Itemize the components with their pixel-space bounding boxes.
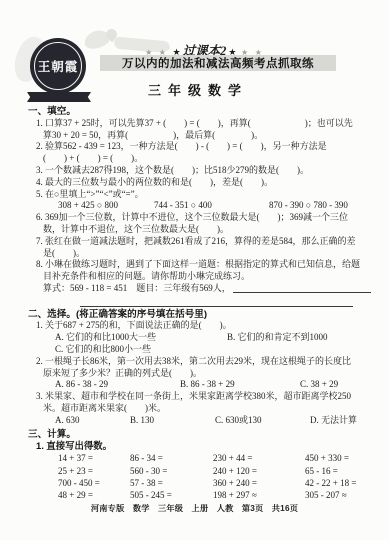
option-d: D. 无法计算	[310, 415, 357, 427]
answer-blank-line	[80, 295, 353, 307]
choice-q1: 1. 关于687 + 275的和，下面说法正确的是( )。	[28, 320, 373, 332]
choice-q2-line-1: 2. 一根绳子长86米，第一次用去38米，第二次用去29米，现在这根绳子的长度比	[28, 356, 373, 368]
option-a: A. 630	[55, 415, 130, 427]
fill-item-4: 4. 最大的三位数与最小的两位数的和是( )，差是( )。	[28, 177, 373, 189]
choice-q1-options-row-2: C. 它们的和比800小一些	[28, 344, 373, 356]
choice-q1-options-row-1: A. 它们的和比1000大一些 B. 它们的和肯定不到1000	[28, 332, 373, 344]
calc-problem: 48 + 29 =	[58, 489, 130, 501]
worksheet-subtitle-bar: 万以内的加法和减法高频考点抓取练	[100, 55, 336, 71]
section-calc-heading: 三、计算。	[28, 429, 373, 441]
calc-row: 25 + 23 = 560 - 30 = 240 + 120 = 65 - 16…	[28, 465, 373, 477]
comparison-expression: 308 + 425 ○ 800	[58, 200, 154, 212]
calc-row: 14 + 37 = 86 - 34 = 230 + 44 = 450 + 330…	[28, 452, 373, 464]
calc-problem: 700 - 450 =	[58, 477, 130, 489]
section-fill-heading: 一、填空。	[28, 106, 373, 118]
calc-problem: 198 + 297 ≈	[213, 489, 305, 501]
comparison-expression: 744 - 351 ○ 400	[154, 200, 269, 212]
section-choice-heading: 二、选择。(将正确答案的序号填在括号里)	[28, 309, 373, 321]
calc-problem: 42 - 22 + 18 =	[305, 477, 373, 489]
calc-sub-heading: 1. 直接写出得数。	[28, 440, 373, 452]
brand-seal-text: 王朝霞	[38, 57, 79, 75]
calc-problem: 305 - 207 ≈	[305, 489, 373, 501]
option-a: A. 86 - 38 - 29	[55, 379, 180, 391]
fill-item-1-line-2: 算30 + 20 = 50，再算( )，最后算( )。	[28, 130, 373, 142]
fill-item-5: 5. 在○里填上“>”“<”或“=”。	[28, 189, 373, 201]
fill-item-8-line-1: 8. 小琳在做练习题时，遇到了下面这样一道题：根据指定的算式和已知信息，给题	[28, 259, 373, 271]
choice-q2-options: A. 86 - 38 - 29 B. 86 - 38 + 29 C. 38 + …	[28, 379, 373, 391]
page-footer: 河南专版 数学 三年级 上册 人教 第3页 共16页	[0, 503, 389, 514]
fill-item-6-line-1: 6. 369加一个三位数，计算中不进位，这个三位数最大是( )；369减一个三位	[28, 212, 373, 224]
calc-row: 48 + 29 = 505 - 245 = 198 + 297 ≈ 305 - …	[28, 489, 373, 501]
option-c: C. 它们的和比800小一些	[55, 344, 151, 356]
calc-problem: 25 + 23 =	[58, 465, 130, 477]
calc-row: 700 - 450 = 57 - 38 = 360 + 240 = 42 - 2…	[28, 477, 373, 489]
fill-item-6-line-2: 数，计算中不退位，这个三位数最大是( )。	[28, 224, 373, 236]
calc-problem: 65 - 16 =	[305, 465, 373, 477]
calc-problem: 450 + 330 =	[305, 452, 373, 464]
fill-item-7-line-2: 是( )。	[28, 248, 373, 260]
comparison-expression: 870 - 390 ○ 780 - 390	[269, 200, 348, 212]
choice-q3-line-1: 3. 米果家、超市和学校在同一条街上，米果家距离学校380米，超市距离学校250	[28, 391, 373, 403]
option-b: B. 86 - 38 + 29	[180, 379, 300, 391]
calc-problem: 240 + 120 =	[213, 465, 305, 477]
brand-seal-ring: 王朝霞	[34, 42, 82, 90]
fill-item-5-comparisons: 308 + 425 ○ 800 744 - 351 ○ 400 870 - 39…	[28, 200, 373, 212]
worksheet-page: 王朝霞 ★ ★ ★过课本2★ ★ ★ 万以内的加法和减法高频考点抓取练 三年级数…	[0, 0, 389, 540]
fill-item-8-equation-line: 算式：569 - 118 = 451 题目：三年级有569人，	[28, 283, 373, 295]
fill-item-1-line-1: 1. 口算37 + 25时，可以先算37 + ( ) = ( )，再算( )；也…	[28, 118, 373, 130]
choice-q3-options: A. 630 B. 130 C. 630或130 D. 无法计算	[28, 415, 373, 427]
fill-item-8-line-2: 目补充条件和相应的问题。请你帮助小琳完成练习。	[28, 271, 373, 283]
answer-blank-underline	[233, 283, 371, 293]
option-b: B. 130	[130, 415, 215, 427]
fill-item-2-line-2: ( ) + ( ) = ( )。	[28, 153, 373, 165]
brand-seal: 王朝霞	[30, 38, 86, 94]
option-a: A. 它们的和比1000大一些	[55, 332, 227, 344]
fill-item-7-line-1: 7. 张红在做一道减法题时，把减数261看成了216，算得的差是584，那么正确…	[28, 236, 373, 248]
calc-problem: 86 - 34 =	[130, 452, 213, 464]
option-b: B. 它们的和肯定不到1000	[227, 332, 328, 344]
choice-q3-line-2: 米。超市距离米果家( )米。	[28, 403, 373, 415]
option-c: C. 630或130	[215, 415, 310, 427]
choice-q2-line-2: 原来短了多少米？正确的列式是( )。	[28, 368, 373, 380]
fill-item-8-equation: 算式：569 - 118 = 451 题目：三年级有569人，	[43, 283, 231, 295]
calc-problem: 230 + 44 =	[213, 452, 305, 464]
option-c: C. 38 + 29	[300, 379, 338, 391]
calc-problem: 57 - 38 =	[130, 477, 213, 489]
brand-seal-banner	[27, 92, 91, 102]
calc-problem: 560 - 30 =	[130, 465, 213, 477]
fill-item-3: 3. 一个数减去287得198，这个数是( )；比518少279的数是( )。	[28, 165, 373, 177]
fill-item-2-line-1: 2. 验算562 - 439 = 123，一种方法是( ) - ( ) = ( …	[28, 141, 373, 153]
worksheet-subtitle: 万以内的加法和减法高频考点抓取练	[122, 55, 314, 71]
calc-problem: 360 + 240 =	[213, 477, 305, 489]
worksheet-body: 一、填空。 1. 口算37 + 25时，可以先算37 + ( ) = ( )，再…	[28, 104, 373, 502]
calc-problem: 14 + 37 =	[58, 452, 130, 464]
calc-problem: 505 - 245 =	[130, 489, 213, 501]
